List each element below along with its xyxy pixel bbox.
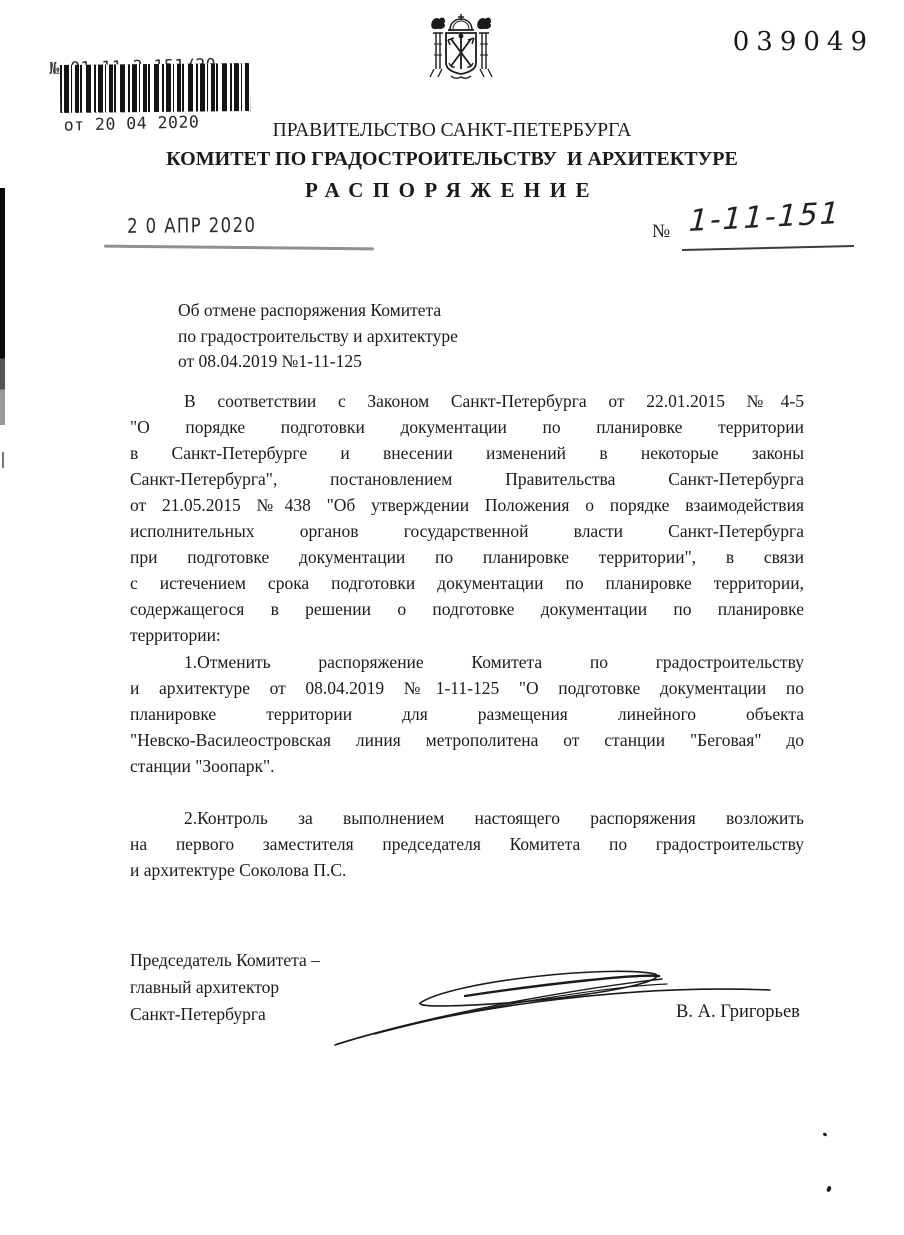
body-paragraph-item-1: 1.Отменить распоряжение Комитета по град…: [130, 649, 804, 779]
subject-block: Об отмене распоряжения Комитетапо градос…: [178, 298, 458, 375]
barcode: [60, 63, 250, 113]
scan-speckle: [823, 1132, 828, 1136]
scanned-document-page: № 01-11-2-151/20 от 20 04 2020: [0, 0, 904, 1235]
date-underline: [104, 245, 374, 251]
signature-stroke: [315, 948, 785, 1053]
signer-title: Председатель Комитета –главный архитекто…: [130, 947, 320, 1028]
government-title: ПРАВИТЕЛЬСТВО САНКТ-ПЕТЕРБУРГА: [0, 120, 904, 142]
coat-of-arms-icon: [420, 11, 502, 99]
body-paragraph-item-2: 2.Контроль за выполнением настоящего рас…: [130, 805, 804, 883]
number-label: №: [652, 221, 670, 243]
date-stamp: 2 0 АПР 2020: [127, 214, 256, 239]
signer-name: В. А. Григорьев: [676, 1002, 800, 1023]
number-underline: [682, 245, 854, 251]
body-paragraph-preamble: В соответствии с Законом Санкт-Петербург…: [130, 388, 804, 648]
number-value-handwritten: 1-11-151: [688, 196, 842, 239]
scan-speckle: [826, 1185, 832, 1192]
form-number-stamp: 039049: [733, 27, 874, 57]
committee-title: КОМИТЕТ ПО ГРАДОСТРОИТЕЛЬСТВУ И АРХИТЕКТ…: [0, 148, 904, 171]
scan-artifact-left-strip: [0, 188, 5, 425]
scan-artifact-tick: [2, 452, 4, 468]
